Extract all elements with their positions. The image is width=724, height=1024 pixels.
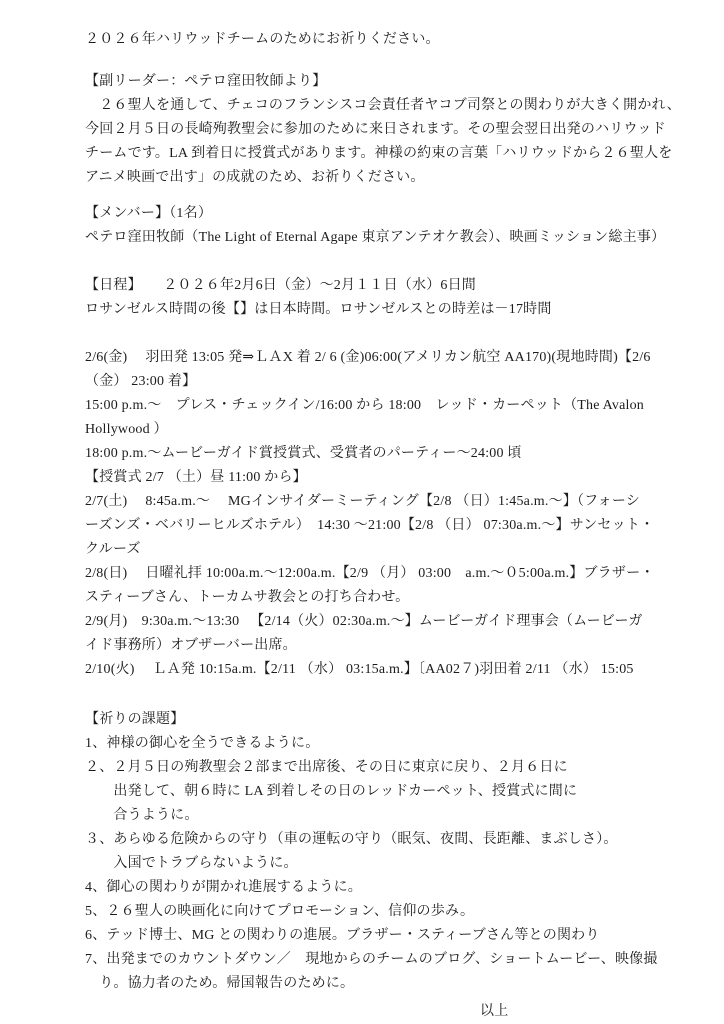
prayer-item-line: り。協力者のため。帰国報告のために。: [85, 972, 684, 996]
prayer-item-line: 合うように。: [85, 804, 684, 828]
prayer-item-line: ２、２月５日の殉教聖会２部まで出席後、その日に東京に戻り、２月６日に: [85, 756, 684, 780]
schedule-line: 【授賞式 2/7 （土）昼 11:00 から】: [85, 466, 684, 490]
schedule-line: 18:00 p.m.～ムービーガイド賞授賞式、受賞者のパーティー～24:00 頃: [85, 442, 684, 466]
schedule-line: （金） 23:00 着】: [85, 370, 684, 394]
prayer-item-line: 6、テッド博士、MG との関わりの進展。ブラザー・スティーブさん等との関わり: [85, 924, 684, 948]
prayer-item-line: 7、出発までのカウントダウン／ 現地からのチームのブログ、ショートムービー、映像…: [85, 948, 684, 972]
closing-label: 以上: [85, 1000, 684, 1024]
schedule-line: Hollywood ）: [85, 418, 684, 442]
prayer-item-line: 出発して、朝６時に LA 到着しその日のレッドカーペット、授賞式に間に: [85, 780, 684, 804]
sub-leader-heading: 【副リーダー：ペテロ窪田牧師より】: [85, 70, 684, 94]
prayer-item-line: ３、あらゆる危険からの守り（車の運転の守り（眠気、夜間、長距離、まぶしさ）。: [85, 828, 684, 852]
member-line: ペテロ窪田牧師（The Light of Eternal Agape 東京アンテ…: [85, 226, 684, 250]
members-heading: 【メンバー】（1名）: [85, 202, 684, 226]
sub-leader-body-line: チームです。LA 到着日に授賞式があります。神様の約束の言葉「ハリウッドから２６…: [85, 142, 684, 166]
members-section: 【メンバー】（1名） ペテロ窪田牧師（The Light of Eternal …: [85, 202, 684, 250]
prayer-item-line: 4、御心の関わりが開かれ進展するように。: [85, 876, 684, 900]
document-page: ２０２６年ハリウッドチームのためにお祈りください。 【副リーダー：ペテロ窪田牧師…: [0, 0, 724, 1024]
sub-leader-body-line: ２６聖人を通して、チェコのフランシスコ会責任者ヤコブ司祭との関わりが大きく開かれ…: [85, 94, 684, 118]
schedule-line: ーズンズ・ベバリーヒルズホテル） 14:30 ～21:00【2/8 （日） 07…: [85, 514, 684, 538]
schedule-line: 2/8(日) 日曜礼拝 10:00a.m.～12:00a.m.【2/9 （月） …: [85, 562, 684, 586]
prayer-section: 【祈りの課題】 1、神様の御心を全うできるように。 ２、２月５日の殉教聖会２部ま…: [85, 708, 684, 996]
sub-leader-section: 【副リーダー：ペテロ窪田牧師より】 ２６聖人を通して、チェコのフランシスコ会責任…: [85, 70, 684, 190]
schedule-section: 2/6(金) 羽田発 13:05 発⇒ＬＡX 着 2/ 6 (金)06:00(ア…: [85, 346, 684, 682]
prayer-item-line: 1、神様の御心を全うできるように。: [85, 732, 684, 756]
prayer-item-line: 5、２６聖人の映画化に向けてプロモーション、信仰の歩み。: [85, 900, 684, 924]
schedule-line: 2/10(火) ＬＡ発 10:15a.m.【2/11 （水） 03:15a.m.…: [85, 658, 684, 682]
schedule-line: 2/9(月) 9:30a.m.～13:30 【2/14（火）02:30a.m.～…: [85, 610, 684, 634]
schedule-header: 【日程】 ２０２６年2月6日（金）～2月１１日（水）6日間 ロサンゼルス時間の後…: [85, 274, 684, 322]
schedule-line: 2/6(金) 羽田発 13:05 発⇒ＬＡX 着 2/ 6 (金)06:00(ア…: [85, 346, 684, 370]
prayer-item-line: 入国でトラブらないように。: [85, 852, 684, 876]
schedule-line: 15:00 p.m.～ プレス・チェックイン/16:00 から 18:00 レッ…: [85, 394, 684, 418]
sub-leader-body-line: 今回２月５日の長崎殉教聖会に参加のために来日されます。その聖会翌日出発のハリウッ…: [85, 118, 684, 142]
prayer-heading: 【祈りの課題】: [85, 708, 684, 732]
schedule-heading: 【日程】 ２０２６年2月6日（金）～2月１１日（水）6日間: [85, 274, 684, 298]
schedule-line: クルーズ: [85, 538, 684, 562]
intro-line: ２０２６年ハリウッドチームのためにお祈りください。: [85, 28, 684, 52]
timezone-note: ロサンゼルス時間の後【】は日本時間。ロサンゼルスとの時差は－17時間: [85, 298, 684, 322]
sub-leader-body-line: アニメ映画で出す」の成就のため、お祈りください。: [85, 166, 684, 190]
schedule-line: スティーブさん、トーカムサ教会との打ち合わせ。: [85, 586, 684, 610]
schedule-line: 2/7(土) 8:45a.m.～ MGインサイダーミーティング【2/8 （日）1…: [85, 490, 684, 514]
schedule-line: イド事務所）オブザーバー出席。: [85, 634, 684, 658]
